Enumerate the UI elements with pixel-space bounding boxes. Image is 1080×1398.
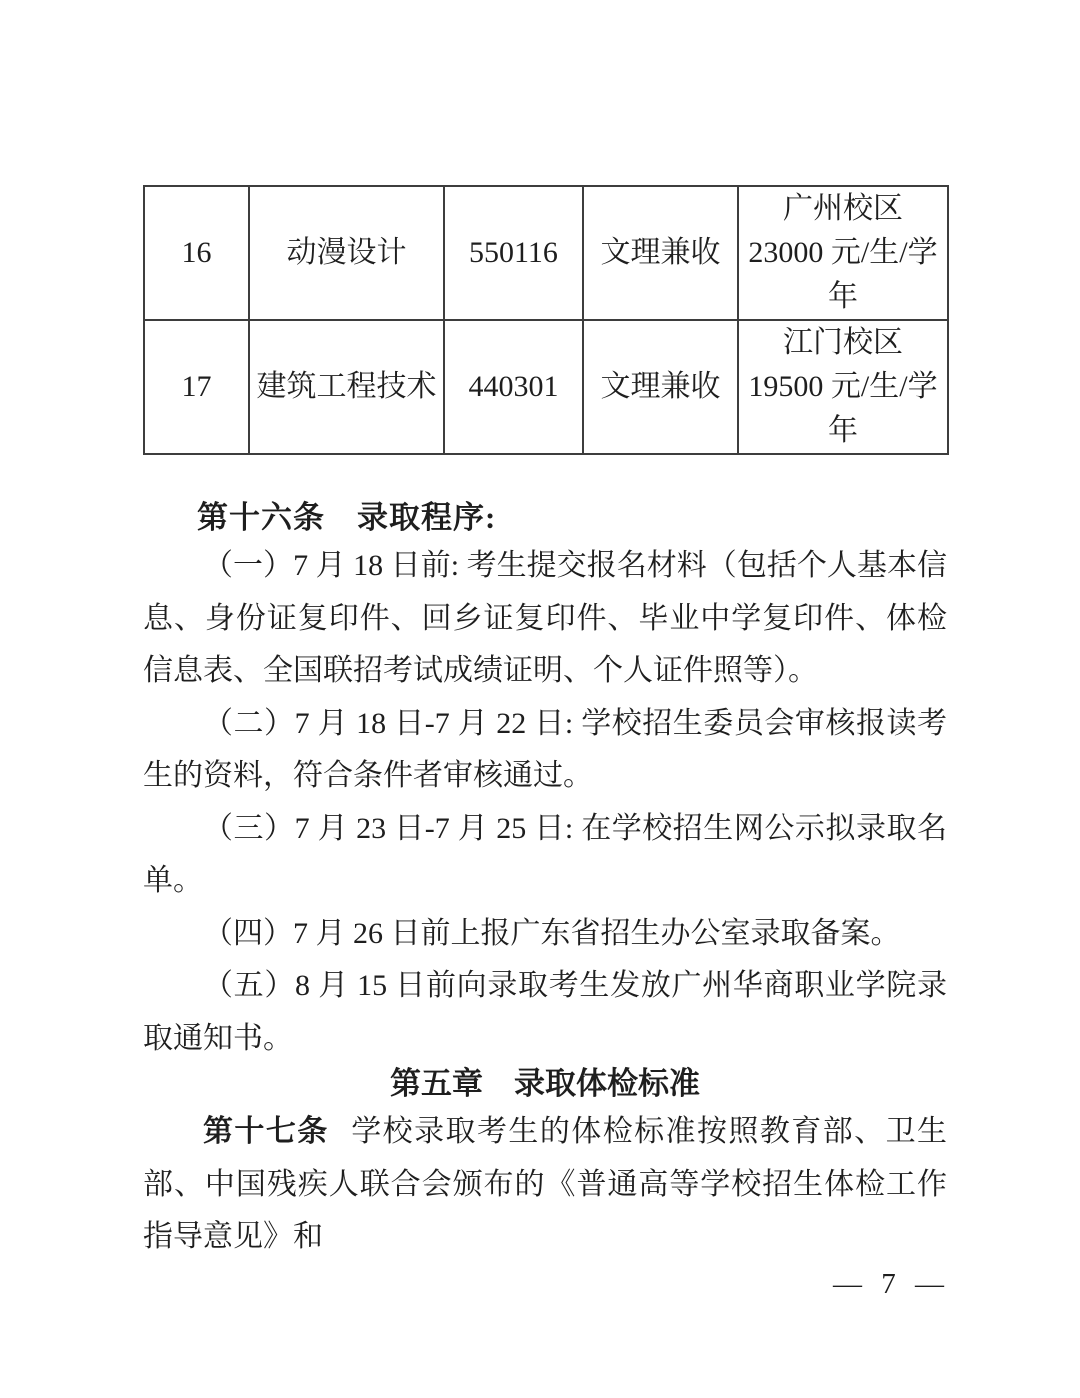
cell-major-code: 550116 [444,186,583,320]
cell-row-no: 16 [144,186,249,320]
procedure-item-5: （五）8 月 15 日前向录取考生发放广州华商职业学院录取通知书。 [143,960,947,1065]
cell-campus-fee: 江门校区 19500 元/生/学年 [738,320,948,454]
cell-major-code: 440301 [444,320,583,454]
document-page: 16 动漫设计 550116 文理兼收 广州校区 23000 元/生/学年 17… [0,0,1080,1398]
article-16-body: （一）7 月 18 日前: 考生提交报名材料（包括个人基本信息、身份证复印件、回… [143,540,947,1065]
campus-line: 江门校区 [739,321,947,365]
majors-table: 16 动漫设计 550116 文理兼收 广州校区 23000 元/生/学年 17… [143,185,949,455]
procedure-item-2: （二）7 月 18 日-7 月 22 日: 学校招生委员会审核报读考生的资料，符… [143,698,947,803]
table-row: 17 建筑工程技术 440301 文理兼收 江门校区 19500 元/生/学年 [144,320,948,454]
campus-line: 广州校区 [739,187,947,231]
page-number: — 7 — [833,1268,950,1301]
fee-line: 23000 元/生/学年 [739,231,947,319]
cell-admit-category: 文理兼收 [583,320,738,454]
article-16-heading: 第十六条 录取程序: [197,492,496,537]
chapter-5-heading: 第五章 录取体检标准 [143,1058,947,1103]
cell-row-no: 17 [144,320,249,454]
table-row: 16 动漫设计 550116 文理兼收 广州校区 23000 元/生/学年 [144,186,948,320]
cell-major-name: 建筑工程技术 [249,320,444,454]
fee-line: 19500 元/生/学年 [739,365,947,453]
cell-campus-fee: 广州校区 23000 元/生/学年 [738,186,948,320]
procedure-item-3: （三）7 月 23 日-7 月 25 日: 在学校招生网公示拟录取名单。 [143,803,947,908]
article-17-lead: 第十七条 [203,1115,329,1148]
cell-major-name: 动漫设计 [249,186,444,320]
procedure-item-1: （一）7 月 18 日前: 考生提交报名材料（包括个人基本信息、身份证复印件、回… [143,540,947,698]
article-17-paragraph: 第十七条学校录取考生的体检标准按照教育部、卫生部、中国残疾人联合会颁布的《普通高… [143,1106,947,1264]
procedure-item-4: （四）7 月 26 日前上报广东省招生办公室录取备案。 [143,908,947,961]
cell-admit-category: 文理兼收 [583,186,738,320]
